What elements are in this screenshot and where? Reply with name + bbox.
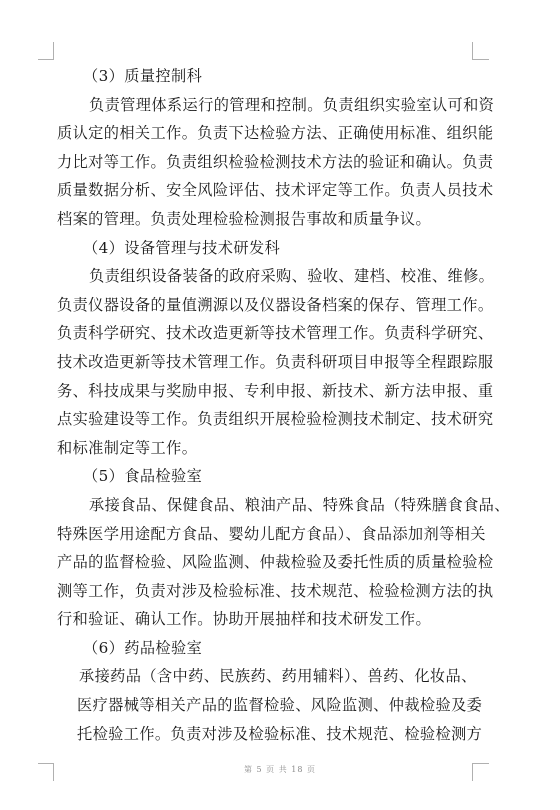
- paragraph-line: 点实验建设等工作。负责组织开展检验检测技术制定、技术研究: [57, 405, 504, 434]
- page-corner-mark-top-left: [38, 42, 54, 60]
- paragraph-line: 负责管理体系运行的管理和控制。负责组织实验室认可和资: [57, 91, 504, 120]
- page-number-footer: 第 5 页 共 18 页: [0, 764, 560, 775]
- section-heading-drug-lab: （6）药品检验室: [57, 634, 504, 663]
- page-corner-mark-top-right: [472, 42, 489, 60]
- section-heading-food-lab: （5）食品检验室: [57, 462, 504, 491]
- paragraph-line: 负责组织设备装备的政府采购、验收、建档、校准、维修。: [57, 262, 504, 291]
- section-heading-quality-control: （3）质量控制科: [57, 62, 504, 91]
- paragraph-line: 托检验工作。负责对涉及检验标准、技术规范、检验检测方: [57, 720, 504, 749]
- paragraph-line: 务、科技成果与奖励申报、专利申报、新技术、新方法申报、重: [57, 377, 504, 406]
- paragraph-line: 力比对等工作。负责组织检验检测技术方法的验证和确认。负责: [57, 148, 504, 177]
- paragraph-line: 质量数据分析、安全风险评估、技术评定等工作。负责人员技术: [57, 176, 504, 205]
- paragraph-line: 和标准制定等工作。: [57, 434, 504, 463]
- paragraph-line: 负责仪器设备的量值溯源以及仪器设备档案的保存、管理工作。: [57, 291, 504, 320]
- paragraph-line: 医疗器械等相关产品的监督检验、风险监测、仲裁检验及委: [57, 691, 504, 720]
- paragraph-line: 档案的管理。负责处理检验检测报告事故和质量争议。: [57, 205, 504, 234]
- paragraph-line: 测等工作，负责对涉及检验标准、技术规范、检验检测方法的执: [57, 577, 504, 606]
- paragraph-line: 技术改造更新等技术管理工作。负责科研项目申报等全程跟踪服: [57, 348, 504, 377]
- paragraph-line: 承接药品（含中药、民族药、药用辅料）、兽药、化妆品、: [57, 662, 504, 691]
- section-heading-equipment-management: （4）设备管理与技术研发科: [57, 234, 504, 263]
- paragraph-line: 负责科学研究、技术改造更新等技术管理工作。负责科学研究、: [57, 319, 504, 348]
- paragraph-line: 质认定的相关工作。负责下达检验方法、正确使用标准、组织能: [57, 119, 504, 148]
- paragraph-line: 产品的监督检验、风险监测、仲裁检验及委托性质的质量检验检: [57, 548, 504, 577]
- paragraph-line: 承接食品、保健食品、粮油产品、特殊食品（特殊膳食食品、: [57, 491, 504, 520]
- paragraph-line: 行和验证、确认工作。协助开展抽样和技术研发工作。: [57, 605, 504, 634]
- paragraph-line: 特殊医学用途配方食品、婴幼儿配方食品）、食品添加剂等相关: [57, 520, 504, 549]
- document-body: （3）质量控制科 负责管理体系运行的管理和控制。负责组织实验室认可和资 质认定的…: [57, 62, 504, 748]
